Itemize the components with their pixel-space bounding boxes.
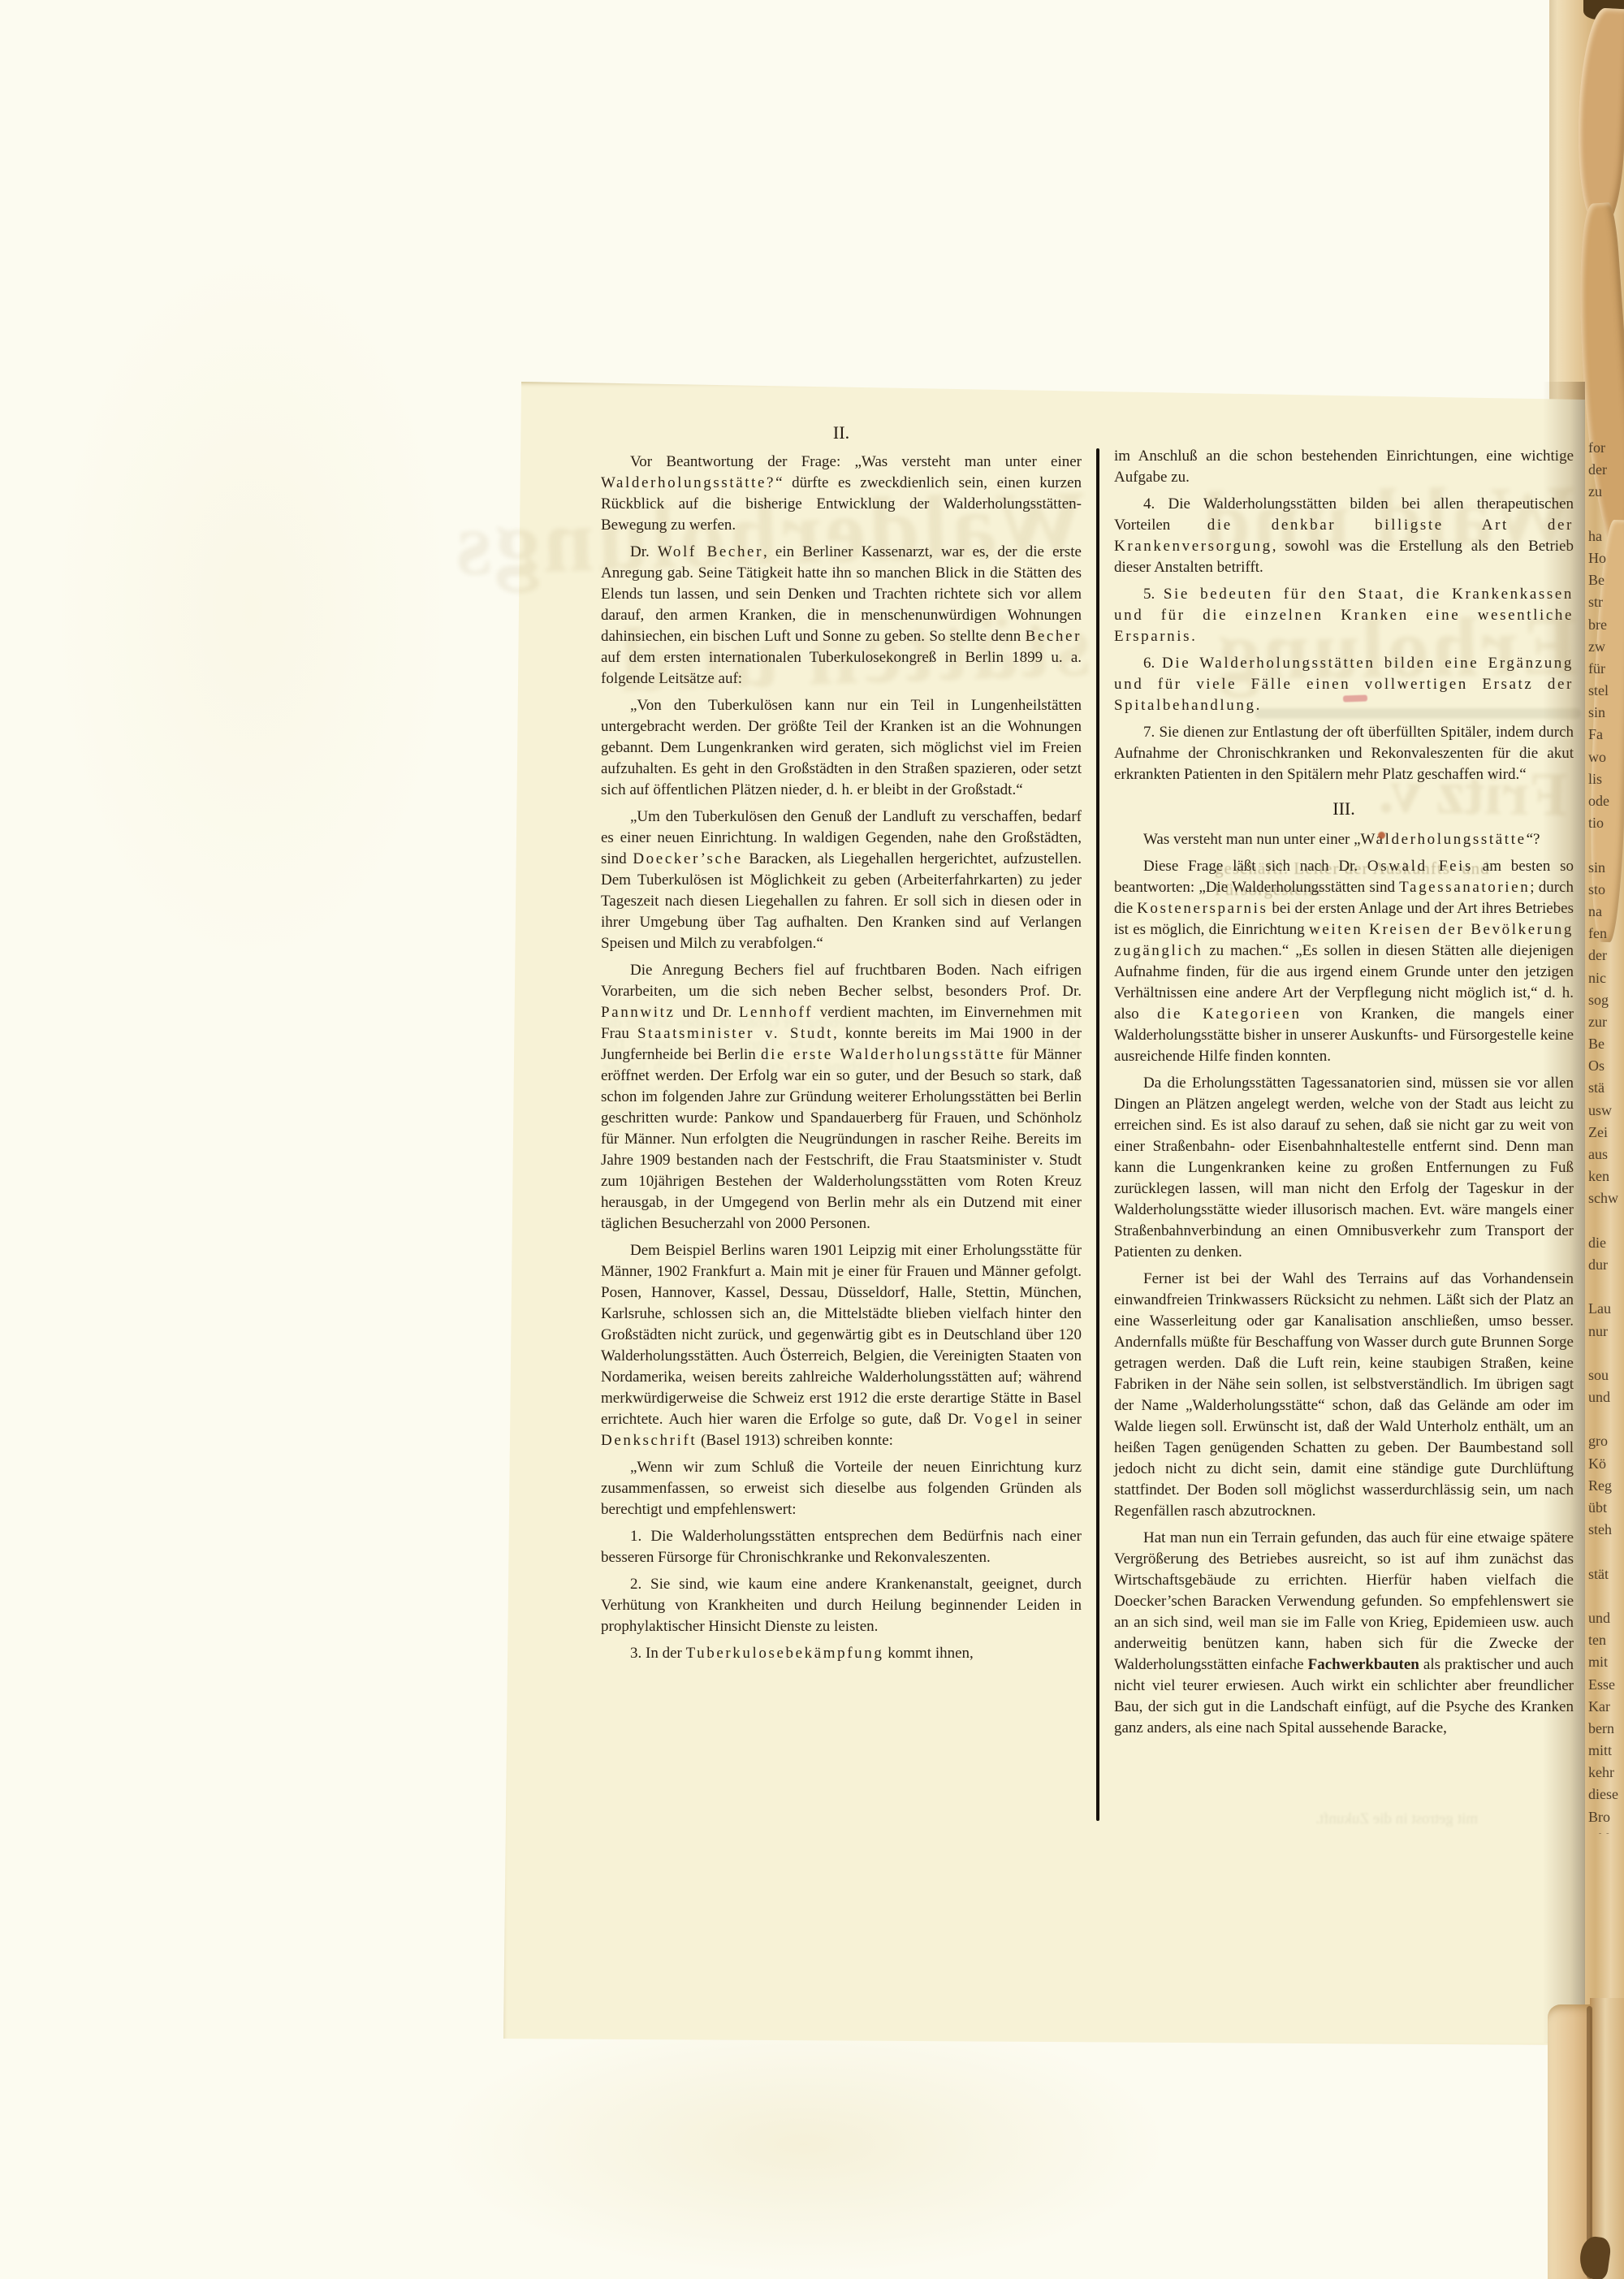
paragraph: 6. Die Walderholungsstätten bilden eine …	[1114, 653, 1574, 716]
text-line: der	[1588, 459, 1624, 481]
text-line: sou	[1588, 1364, 1624, 1386]
text-line: usw	[1588, 1100, 1624, 1122]
text-line	[1588, 1541, 1624, 1563]
text-line: die	[1588, 1232, 1624, 1254]
text-line: str	[1588, 591, 1624, 613]
text-line: Bro	[1588, 1806, 1624, 1828]
paragraph: 5. Sie bedeuten für den Staat, die Krank…	[1114, 584, 1574, 647]
paper-blotch	[438, 2014, 1169, 2274]
text-line	[1588, 1210, 1624, 1232]
text-line: Be	[1588, 1033, 1624, 1055]
text-line: Kö	[1588, 1453, 1624, 1475]
text-line: nic	[1588, 967, 1624, 989]
text-line: kehr	[1588, 1762, 1624, 1784]
paragraph: 2. Sie sind, wie kaum eine andere Kranke…	[601, 1574, 1082, 1637]
paragraph: Vor Beantwortung der Frage: „Was versteh…	[601, 452, 1082, 536]
text-line: for	[1588, 437, 1624, 459]
text-line: stät	[1588, 1563, 1624, 1585]
text-line: wo	[1588, 746, 1624, 768]
text-line: Zei	[1588, 1122, 1624, 1144]
text-line: Be	[1588, 569, 1624, 591]
text-line: jahl	[1588, 1828, 1624, 1834]
paragraph: 7. Sie dienen zur Entlastung der oft übe…	[1114, 722, 1574, 785]
text-line: und	[1588, 1607, 1624, 1629]
text-line: Ho	[1588, 547, 1624, 569]
paragraph: Was versteht man nun unter einer „Walder…	[1114, 829, 1574, 850]
paragraph: Hat man nun ein Terrain gefunden, das au…	[1114, 1528, 1574, 1739]
text-line: zur	[1588, 1011, 1624, 1033]
text-line: ode	[1588, 790, 1624, 812]
paragraph: Da die Erholungsstätten Tagessanatorien …	[1114, 1073, 1574, 1263]
paragraph: Dr. Wolf Becher, ein Berliner Kassenarzt…	[601, 542, 1082, 690]
text-line: steh	[1588, 1519, 1624, 1541]
text-line: lis	[1588, 768, 1624, 790]
text-line: Lau	[1588, 1298, 1624, 1320]
text-line: Os	[1588, 1055, 1624, 1077]
paragraph: Diese Frage läßt sich nach Dr. Oswald Fe…	[1114, 856, 1574, 1067]
text-line: ten	[1588, 1629, 1624, 1651]
adjacent-page-text-fragments: forderzuhaHoBestrbrezwfürstelsinFawoliso…	[1588, 437, 1624, 1834]
text-line: Reg	[1588, 1475, 1624, 1497]
text-line: schw	[1588, 1187, 1624, 1209]
section-heading-ii: II.	[601, 422, 1082, 443]
section-heading-iii: III.	[1114, 798, 1574, 819]
text-line: zw	[1588, 636, 1624, 658]
text-line: sin	[1588, 702, 1624, 724]
text-line: nur	[1588, 1321, 1624, 1343]
scanned-document-canvas: Walderholungsstätten und Wald undErholun…	[0, 0, 1624, 2279]
paragraph: im Anschluß an die schon bestehenden Ein…	[1114, 446, 1574, 488]
right-column-bottom: Was versteht man nun unter einer „Walder…	[1114, 829, 1574, 1739]
text-line: bern	[1588, 1718, 1624, 1740]
text-line	[1588, 504, 1624, 525]
text-line: bre	[1588, 614, 1624, 636]
text-line	[1588, 834, 1624, 856]
paragraph: „Um den Tuberkulösen den Genuß der Landl…	[601, 807, 1082, 954]
text-line: diese	[1588, 1784, 1624, 1805]
text-line: mit	[1588, 1651, 1624, 1673]
text-line: na	[1588, 901, 1624, 923]
paragraph: „Von den Tuberkulösen kann nur ein Teil …	[601, 695, 1082, 801]
text-line: stel	[1588, 680, 1624, 702]
text-line: mitt	[1588, 1740, 1624, 1762]
text-line: übt	[1588, 1497, 1624, 1519]
text-line: aus	[1588, 1144, 1624, 1165]
text-line: für	[1588, 658, 1624, 680]
text-line: sog	[1588, 989, 1624, 1011]
text-line	[1588, 1408, 1624, 1430]
text-line: Kar	[1588, 1696, 1624, 1718]
red-ink-dot	[1378, 832, 1385, 839]
text-line: stä	[1588, 1077, 1624, 1099]
text-line: fen	[1588, 923, 1624, 945]
page-fold-shadow	[1543, 382, 1585, 2043]
paragraph: 3. In der Tuberkulosebekämpfung kommt ih…	[601, 1643, 1082, 1664]
column-divider-rule	[1096, 448, 1099, 1821]
paper-blotch	[49, 244, 455, 975]
text-line: Esse	[1588, 1674, 1624, 1696]
text-line: ha	[1588, 525, 1624, 547]
text-line: sin	[1588, 857, 1624, 879]
pink-ink-mark	[1343, 694, 1367, 702]
text-line	[1588, 1276, 1624, 1298]
right-text-column: im Anschluß an die schon bestehenden Ein…	[1114, 446, 1574, 1745]
text-line: Fa	[1588, 724, 1624, 746]
text-line: sto	[1588, 879, 1624, 901]
paragraph: 1. Die Walderholungsstätten entsprechen …	[601, 1526, 1082, 1568]
text-line: gro	[1588, 1430, 1624, 1452]
paragraph: Dem Beispiel Berlins waren 1901 Leipzig …	[601, 1240, 1082, 1451]
left-column-paragraphs: Vor Beantwortung der Frage: „Was versteh…	[601, 452, 1082, 1664]
text-line: ken	[1588, 1165, 1624, 1187]
right-column-top: im Anschluß an die schon bestehenden Ein…	[1114, 446, 1574, 785]
paragraph: 4. Die Walderholungsstätten bilden bei a…	[1114, 494, 1574, 578]
text-line: zu	[1588, 481, 1624, 503]
text-line: der	[1588, 945, 1624, 967]
text-line: tio	[1588, 812, 1624, 834]
text-line: und	[1588, 1386, 1624, 1408]
paragraph: Ferner ist bei der Wahl des Terrains auf…	[1114, 1269, 1574, 1522]
text-line	[1588, 1343, 1624, 1364]
left-text-column: II. Vor Beantwortung der Frage: „Was ver…	[601, 422, 1082, 1670]
paragraph: Die Anregung Bechers fiel auf fruchtbare…	[601, 960, 1082, 1235]
text-line	[1588, 1585, 1624, 1607]
paragraph: „Wenn wir zum Schluß die Vorteile der ne…	[601, 1457, 1082, 1520]
text-line: dur	[1588, 1254, 1624, 1276]
